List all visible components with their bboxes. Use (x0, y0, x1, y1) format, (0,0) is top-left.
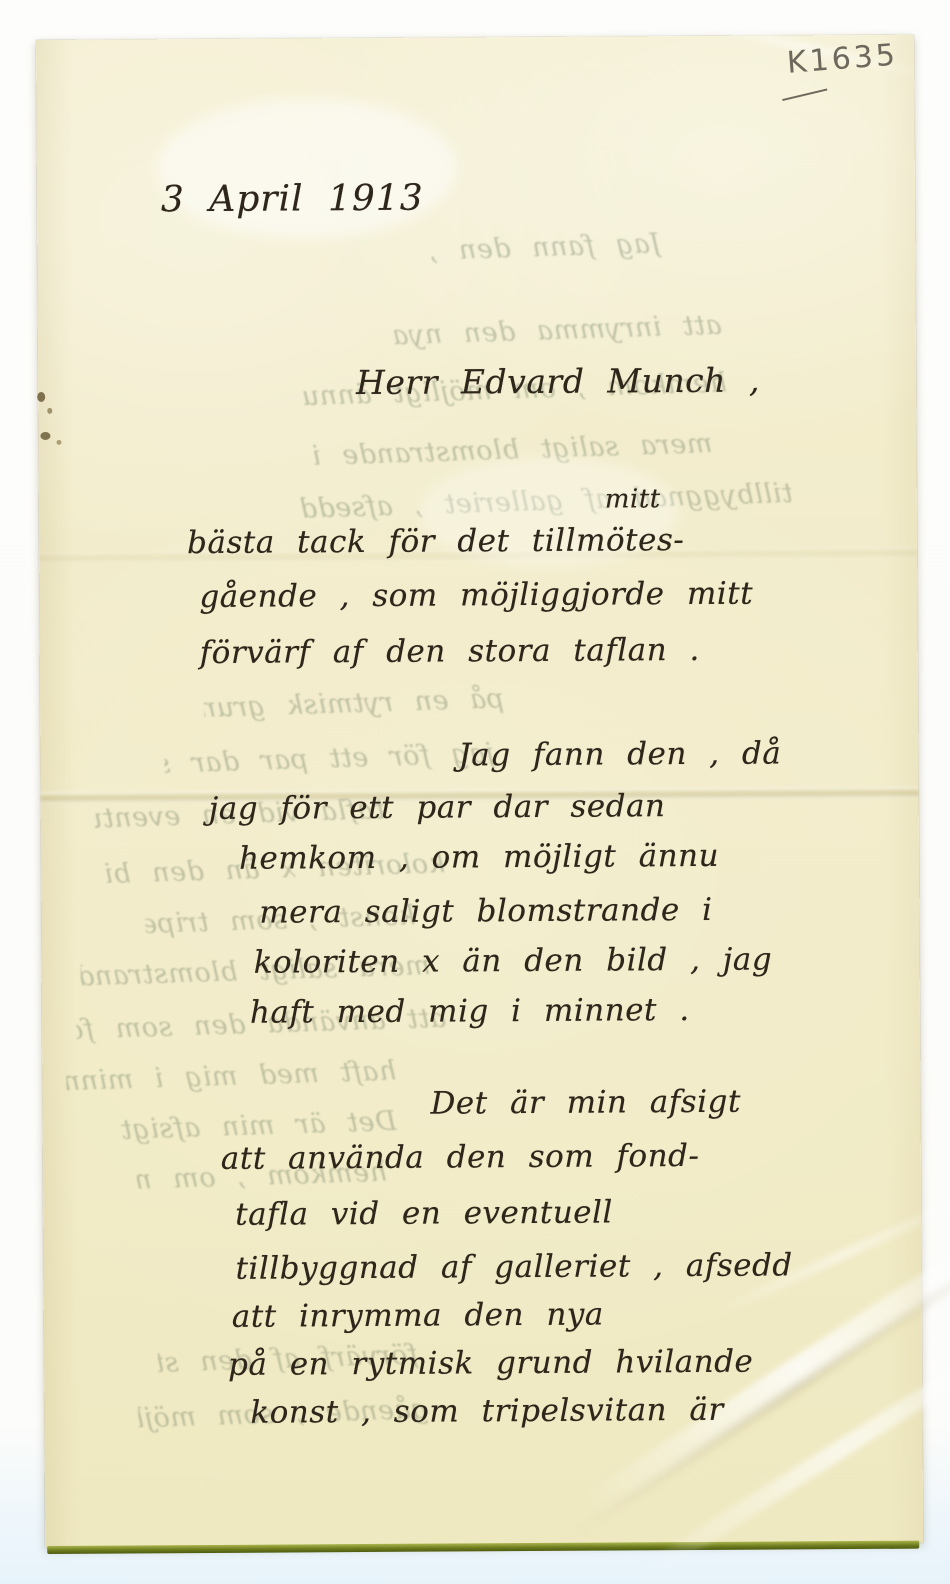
salutation: Herr Edvard Munch , (356, 361, 760, 402)
archive-mark: K1635 (786, 36, 917, 115)
archive-mark-text: K1635 (786, 37, 899, 80)
handwriting-line: haft med mig i minnet . (250, 992, 690, 1031)
handwriting-line: tillbyggnad af galleriet , afsedd (235, 1247, 792, 1286)
handwriting-layer: K1635 3 April 1913 Herr Edvard Munch , m… (36, 35, 923, 1548)
handwriting-line: koloriten x än den bild , jag (254, 942, 773, 981)
handwriting-line: mera saligt blomstrande i (259, 892, 712, 931)
handwriting-line: Det är min afsigt (430, 1084, 741, 1122)
handwriting-line: Jag fann den , då (458, 735, 781, 773)
scanned-letter-photo: Jag fann den , då att inrymma den nya he… (0, 0, 950, 1584)
handwriting-line: konst , som tripelsvitan är (250, 1392, 724, 1431)
archive-mark-stroke (782, 88, 827, 101)
handwriting-line: på en rytmisk grund hvilande (228, 1344, 753, 1383)
inserted-word: mitt (605, 484, 661, 514)
handwriting-line: förvärf af den stora taflan . (200, 632, 700, 671)
date-line: 3 April 1913 (161, 178, 424, 221)
handwriting-line: att inrymma den nya (232, 1297, 604, 1335)
handwriting-line: att använda den som fond- (221, 1138, 700, 1177)
letter-sheet: Jag fann den , då att inrymma den nya he… (36, 35, 923, 1548)
handwriting-line: hemkom , om möjligt ännu (239, 838, 719, 877)
handwriting-line: jag för ett par dar sedan (209, 788, 666, 827)
handwriting-line: gående , som möjliggjorde mitt (199, 576, 753, 615)
handwriting-line: bästa tack för det tillmötes- (187, 522, 684, 561)
handwriting-line: tafla vid en eventuell (235, 1194, 613, 1232)
